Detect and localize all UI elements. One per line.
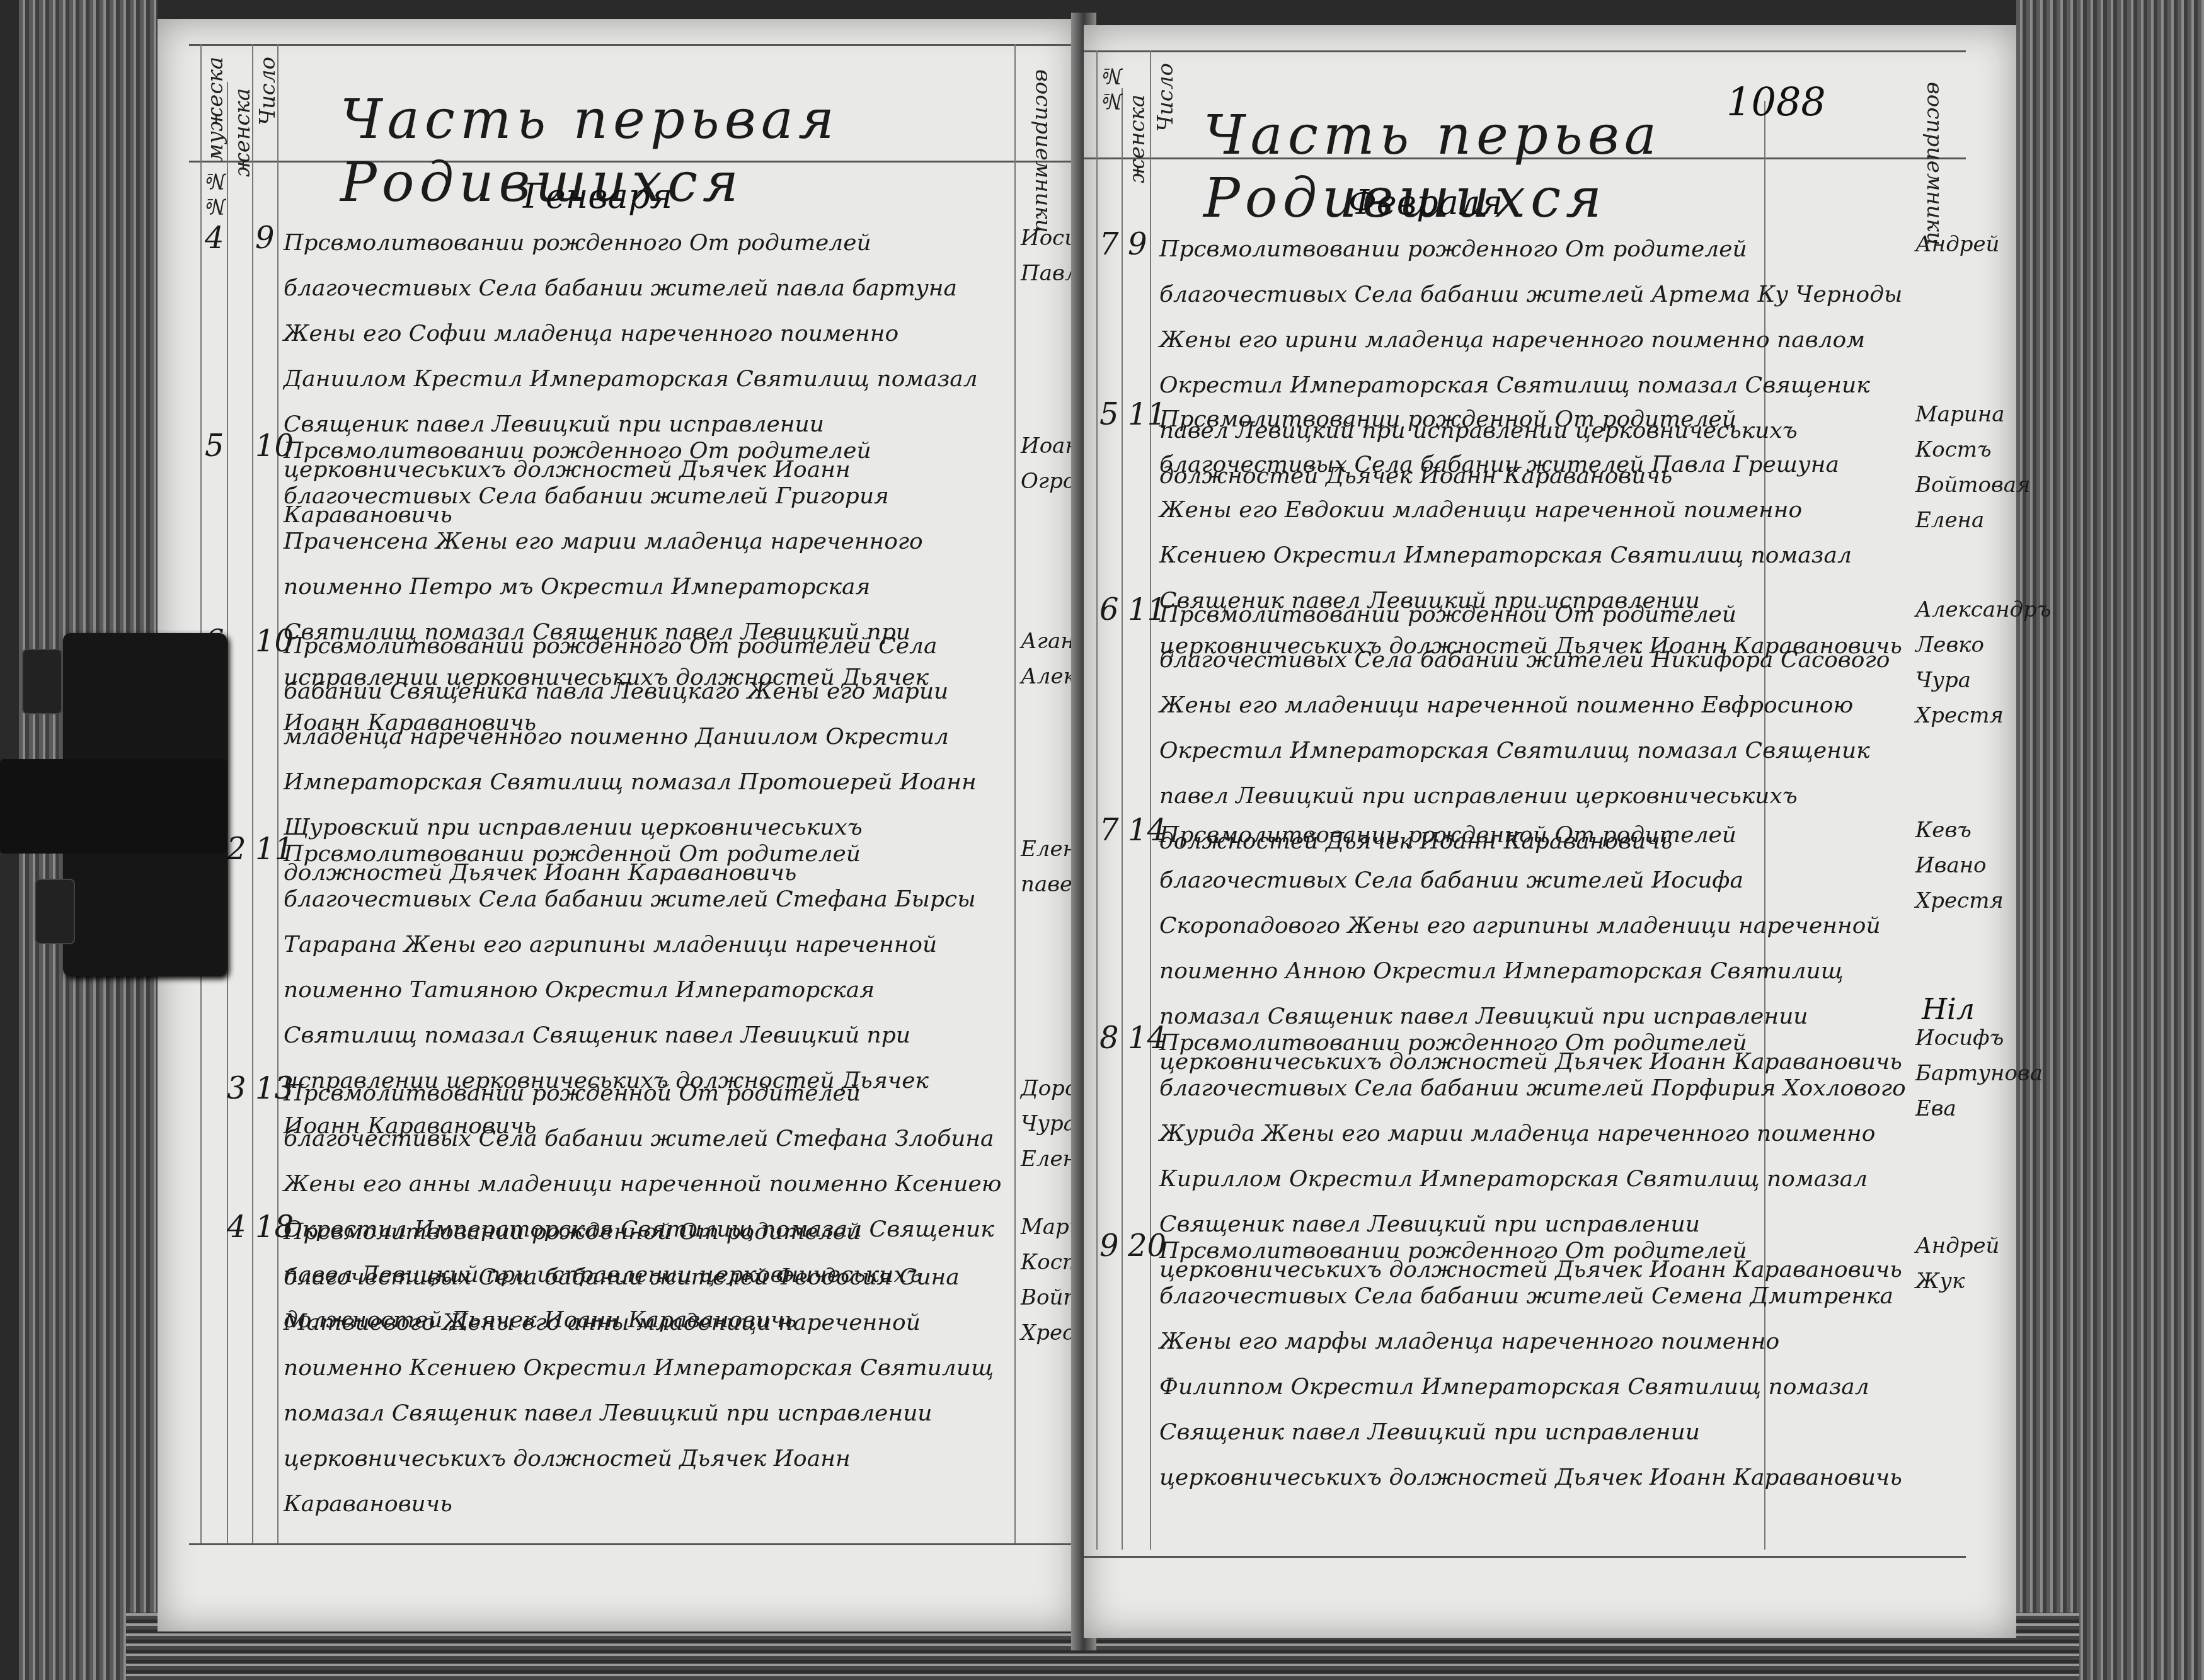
entry-female-number: 6 — [1099, 592, 1119, 627]
entry-godparents: Александръ Левко Чура Хрестя — [1915, 592, 1991, 733]
book-edge-right — [2016, 0, 2204, 1680]
register-entry: 7 14 Прсвмолитвовании рожденной От родит… — [1084, 813, 2016, 1027]
entry-godparents: Кевъ Ивано Хрестя — [1915, 813, 1991, 918]
page-bottom-rule — [189, 1543, 1077, 1545]
entry-godparents: Андрей Жук — [1915, 1228, 1991, 1299]
entry-godparents: Дорофей Чура Елена — [1021, 1071, 1077, 1177]
entry-male-number: 9 — [1099, 1228, 1119, 1264]
entry-godparents: Марина Костъ Войтовая Хрестя — [1021, 1209, 1077, 1351]
column-header-male: №№ — [1099, 63, 1125, 113]
entry-female-number: 2 — [227, 831, 246, 867]
register-entry: 6 11 Прсвмолитвовании рожденной От родит… — [1084, 592, 2016, 806]
entry-day: 9 — [255, 220, 275, 256]
entry-godparents: Марина Костъ Войтовая Елена — [1915, 397, 1991, 538]
entry-female-number: 4 — [227, 1209, 246, 1245]
entry-day: 9 — [1128, 227, 1147, 262]
page-title: Часть перьвая Родившихся — [340, 88, 1077, 214]
month-heading: Февраля — [1348, 183, 1503, 222]
register-entry: 6 10 Прсвмолитвовании рожденного От роди… — [158, 624, 1077, 831]
marginal-note: Ніл — [1922, 992, 1975, 1026]
register-entry: 5 11 Прсвмолитвовании рожденной От родит… — [1084, 397, 2016, 586]
column-header-date: Число — [1153, 63, 1178, 132]
column-header-date: Число — [255, 57, 280, 125]
entry-male-number: 8 — [1099, 1020, 1119, 1056]
register-entry: 4 9 Прсвмолитвовании рожденного От родит… — [158, 220, 1077, 428]
register-entry: 8 14 Прсвмолитвовании рожденного От роди… — [1084, 1020, 2016, 1235]
entry-male-number: 7 — [1099, 227, 1119, 262]
entry-text: Прсвмолитвовании рожденного От родителей… — [1159, 1228, 1909, 1500]
left-page: №№ мужеска женска Число восприемники Час… — [158, 19, 1077, 1631]
binder-clip — [0, 633, 227, 976]
entry-female-number: 5 — [1099, 397, 1119, 432]
entry-godparents: Аганасий Александръ — [1021, 624, 1077, 694]
entry-text: Прсвмолитвовании рожденной От родителей … — [284, 1209, 1008, 1527]
column-header-female: женска — [230, 88, 255, 177]
entry-godparents: Иосифъ Павлова — [1021, 220, 1077, 291]
clip-hinge-top — [22, 649, 62, 714]
entry-female-number: 7 — [1099, 813, 1119, 848]
entry-godparents: Елена павела — [1021, 831, 1077, 902]
header-top-rule — [1084, 50, 1966, 52]
column-header-female: женска — [1125, 94, 1150, 183]
header-top-rule — [189, 44, 1077, 46]
entry-godparents: Иоаннъ Огродникъ — [1021, 428, 1077, 499]
entry-godparents: Иосифъ Бартунова Ева — [1915, 1020, 1991, 1126]
entry-male-number: 4 — [205, 220, 224, 256]
register-entry: 4 18 Прсвмолитвовании рожденной От родит… — [158, 1209, 1077, 1487]
entry-male-number: 5 — [205, 428, 224, 464]
column-header-male: №№ мужеска — [203, 57, 228, 219]
entry-godparents: Андрей — [1915, 227, 1991, 262]
page-title: Часть перьва Родившихся — [1203, 104, 2016, 230]
entry-female-number: 3 — [227, 1071, 246, 1106]
month-heading: Генваря — [523, 176, 672, 216]
right-page: №№ женска Число восприемники 1088 Часть … — [1084, 25, 2016, 1638]
register-entry: 7 9 Прсвмолитвовании рожденного От родит… — [1084, 227, 2016, 416]
page-bottom-rule — [1084, 1556, 1966, 1558]
register-entry: 9 20 Прсвмолитвовании рожденного От роди… — [1084, 1228, 2016, 1480]
clip-bar — [0, 759, 227, 854]
clip-hinge-bottom — [35, 879, 75, 944]
register-entry: 5 10 Прсвмолитвовании рожденного От роди… — [158, 428, 1077, 636]
register-entry: 2 11 Прсвмолитвовании рожденной От родит… — [158, 831, 1077, 1052]
